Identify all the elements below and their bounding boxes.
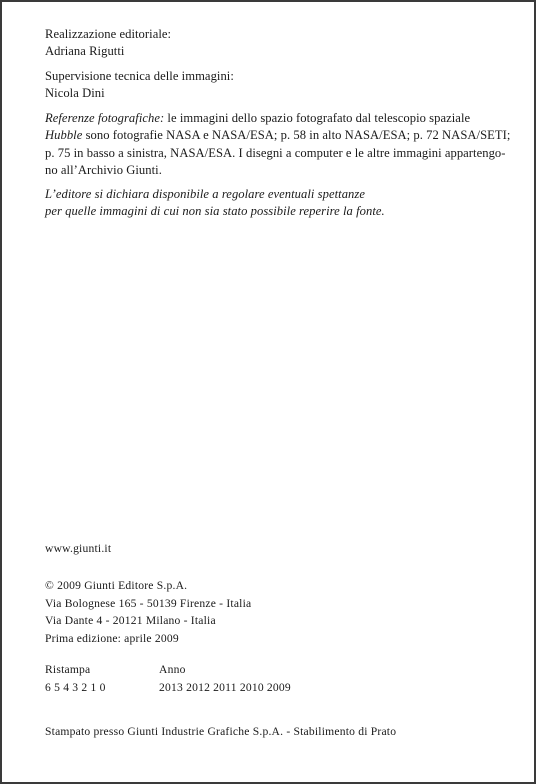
supervision-credit: Supervisione tecnica delle immagini: Nic…: [45, 68, 234, 103]
address-firenze: Via Bolognese 165 - 50139 Firenze - Ital…: [45, 595, 251, 613]
photo-references-line4: no all’Archivio Giunti.: [45, 162, 510, 179]
website-link[interactable]: www.giunti.it: [45, 540, 111, 558]
publisher-info: © 2009 Giunti Editore S.p.A. Via Bologne…: [45, 577, 251, 647]
first-edition: Prima edizione: aprile 2009: [45, 630, 251, 648]
anno-label: Anno: [159, 661, 291, 679]
disclaimer-line2: per quelle immagini di cui non sia stato…: [45, 203, 385, 220]
hubble-italic: Hubble: [45, 128, 82, 142]
anno-values: 2013 2012 2011 2010 2009: [159, 679, 291, 697]
supervision-label: Supervisione tecnica delle immagini:: [45, 68, 234, 85]
photo-references-line3: p. 75 in basso a sinistra, NASA/ESA. I d…: [45, 145, 510, 162]
editorial-credit: Realizzazione editoriale: Adriana Rigutt…: [45, 26, 171, 61]
disclaimer: L’editore si dichiara disponibile a rego…: [45, 186, 385, 221]
reprint-table: Ristampa 6 5 4 3 2 1 0 Anno 2013 2012 20…: [45, 661, 345, 697]
address-milano: Via Dante 4 - 20121 Milano - Italia: [45, 612, 251, 630]
supervision-name: Nicola Dini: [45, 85, 234, 102]
editorial-name: Adriana Rigutti: [45, 43, 171, 60]
colophon-page: Realizzazione editoriale: Adriana Rigutt…: [0, 0, 536, 784]
photo-references-line2: sono fotografie NASA e NASA/ESA; p. 58 i…: [82, 128, 510, 142]
editorial-label: Realizzazione editoriale:: [45, 26, 171, 43]
copyright: © 2009 Giunti Editore S.p.A.: [45, 577, 251, 595]
photo-references: Referenze fotografiche: le immagini dell…: [45, 110, 510, 179]
photo-references-line1: le immagini dello spazio fotografato dal…: [164, 111, 470, 125]
ristampa-label: Ristampa: [45, 661, 106, 679]
photo-references-label: Referenze fotografiche:: [45, 111, 164, 125]
printer-info: Stampato presso Giunti Industrie Grafich…: [45, 723, 396, 741]
disclaimer-line1: L’editore si dichiara disponibile a rego…: [45, 186, 385, 203]
ristampa-values: 6 5 4 3 2 1 0: [45, 679, 106, 697]
